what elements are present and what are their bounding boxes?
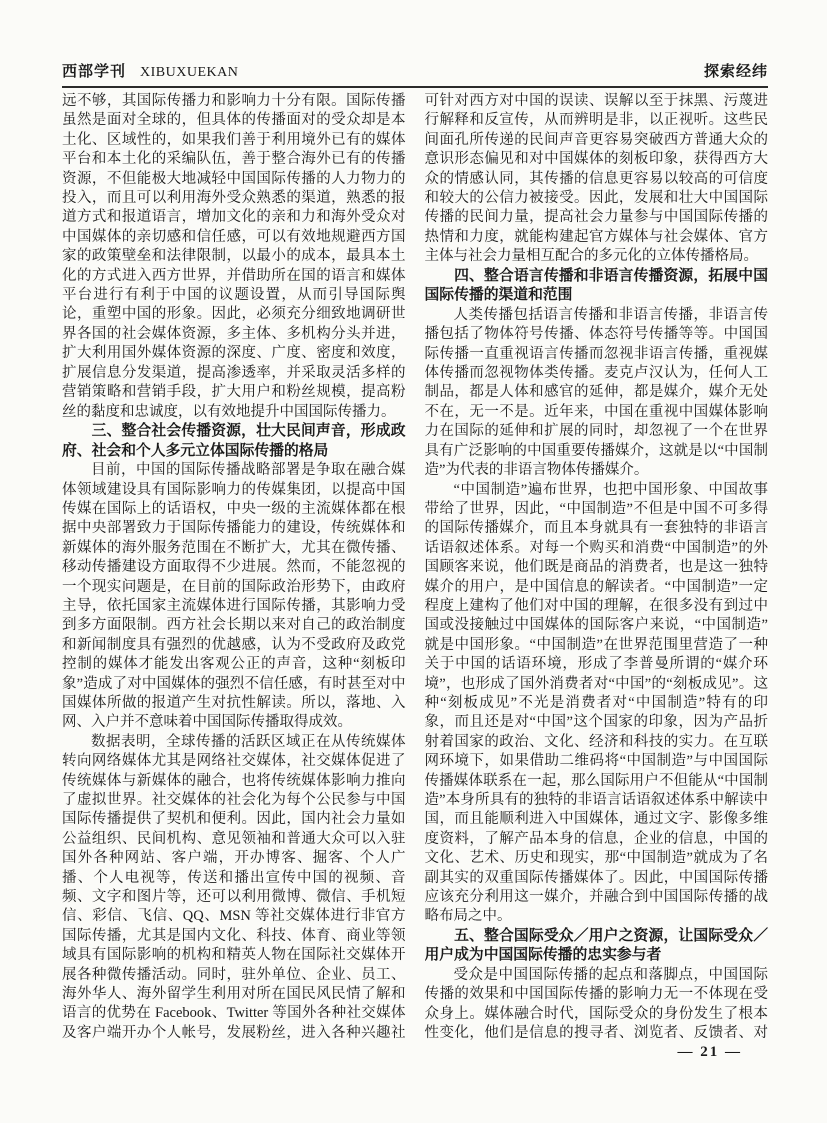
column-left: 远不够，其国际传播力和影响力十分有限。国际传播虽然是面对全球的，但具体的传播面对… (62, 92, 406, 1040)
article-body: 远不够，其国际传播力和影响力十分有限。国际传播虽然是面对全球的，但具体的传播面对… (62, 92, 768, 1040)
paragraph: “中国制造”遍布世界，也把中国形象、中国故事带给了世界，因此，“中国制造”不但是… (425, 481, 769, 927)
paragraph: 数据表明，全球传播的活跃区域正在从传统媒体转向网络媒体尤其是网络社交媒体，社交媒… (62, 733, 406, 1040)
paragraph: 远不够，其国际传播力和影响力十分有限。国际传播虽然是面对全球的，但具体的传播面对… (62, 92, 406, 422)
page-header: 西部学刊 XIBUXUEKAN 探索经纬 (62, 60, 768, 88)
paragraph: 受众是中国国际传播的起点和落脚点，中国国际传播的效果和中国国际传播的影响力无一不… (425, 966, 769, 1040)
column-right: 可针对西方对中国的误读、误解以至于抹黑、污蔑进行解释和反宣传，从而辨明是非，以正… (425, 92, 769, 1040)
paragraph: 人类传播包括语言传播和非语言传播，非语言传播包括了物体符号传播、体态符号传播等等… (425, 306, 769, 481)
journal-name: 西部学刊 (62, 60, 126, 81)
section-heading: 三、整合社会传播资源，壮大民间声音，形成政府、社会和个人多元立体国际传播的格局 (62, 422, 406, 461)
journal-page: 西部学刊 XIBUXUEKAN 探索经纬 远不够，其国际传播力和影响力十分有限。… (0, 0, 827, 1123)
section-heading: 四、整合语言传播和非语言传播资源，拓展中国国际传播的渠道和范围 (425, 267, 769, 306)
journal-name-en: XIBUXUEKAN (140, 65, 238, 81)
journal-title-group: 西部学刊 XIBUXUEKAN (62, 60, 238, 81)
page-number: — 21 — (678, 1044, 743, 1061)
section-heading: 五、整合国际受众／用户之资源，让国际受众／用户成为中国国际传播的忠实参与者 (425, 927, 769, 966)
paragraph: 目前，中国的国际传播战略部署是争取在融合媒体领域建设具有国际影响力的传媒集团，以… (62, 461, 406, 733)
paragraph: 可针对西方对中国的误读、误解以至于抹黑、污蔑进行解释和反宣传，从而辨明是非，以正… (425, 92, 769, 267)
section-label: 探索经纬 (704, 60, 768, 81)
